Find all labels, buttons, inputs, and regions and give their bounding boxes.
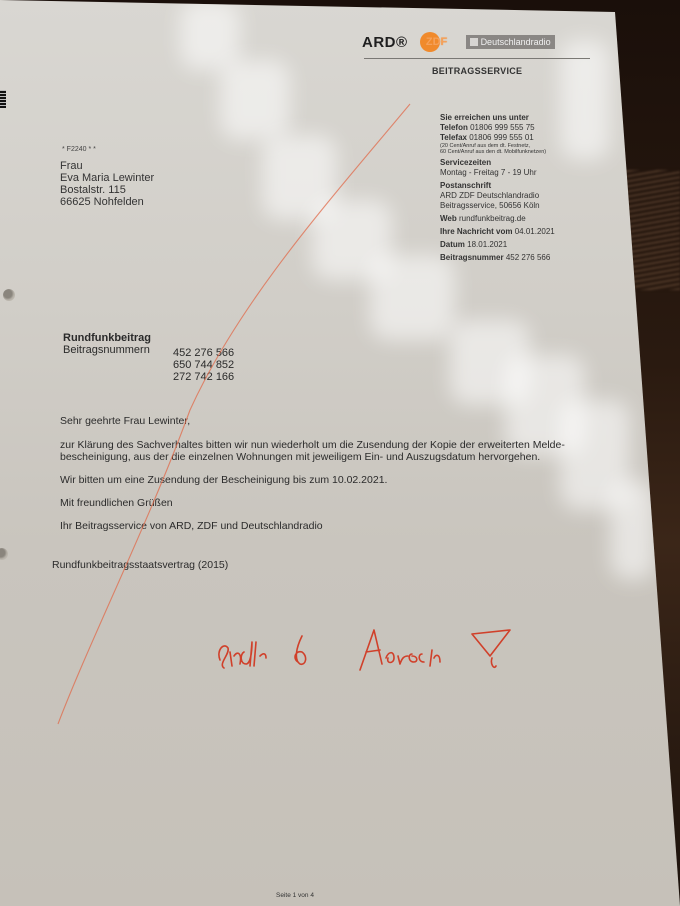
legal-reference: Rundfunkbeitragsstaatsvertrag (2015) [52, 559, 228, 571]
department-name: BEITRAGSSERVICE [432, 66, 522, 76]
web-line: Web rundfunkbeitrag.de [440, 214, 600, 224]
deutschlandradio-logo: Deutschlandradio [466, 35, 555, 49]
paragraph-request: zur Klärung des Sachverhaltes bitten wir… [60, 439, 620, 463]
datum-line: Datum 18.01.2021 [440, 240, 600, 250]
beitragsnummer-item: 452 276 566 [173, 347, 234, 359]
light-patch [370, 255, 455, 340]
postanschrift-label: Postanschrift [440, 181, 600, 191]
servicezeiten-value: Montag - Freitag 7 - 19 Uhr [440, 168, 600, 178]
light-patch [220, 60, 290, 140]
header-divider [364, 58, 590, 59]
zdf-logo: ZDF [420, 32, 454, 52]
signature: Ihr Beitragsservice von ARD, ZDF und Deu… [60, 520, 620, 532]
letter-body: Sehr geehrte Frau Lewinter, zur Klärung … [60, 415, 620, 543]
telefax-line: Telefax 01806 999 555 01 [440, 133, 600, 143]
ard-logo: ARD® [362, 34, 408, 51]
light-patch [180, 0, 240, 70]
letterhead-logos: ARD® ZDF Deutschlandradio [362, 32, 590, 52]
punch-hole [3, 289, 15, 301]
recipient-street: Bostalstr. 115 [60, 184, 154, 196]
telefon-line: Telefon 01806 999 555 75 [440, 123, 600, 133]
nachricht-line: Ihre Nachricht vom 04.01.2021 [440, 227, 600, 237]
beitragsnummer-line: Beitragsnummer 452 276 566 [440, 253, 600, 263]
handwritten-note [210, 612, 540, 682]
recipient-salutation: Frau [60, 160, 154, 172]
beitragsnummer-item: 272 742 166 [173, 371, 234, 383]
postanschrift-line: ARD ZDF Deutschlandradio [440, 191, 600, 201]
recipient-name: Eva Maria Lewinter [60, 172, 154, 184]
salutation: Sehr geehrte Frau Lewinter, [60, 415, 620, 427]
postanschrift-line: Beitragsservice, 50656 Köln [440, 201, 600, 211]
contact-block: Sie erreichen uns unter Telefon 01806 99… [440, 113, 600, 263]
paragraph-deadline: Wir bitten um eine Zusendung der Beschei… [60, 474, 620, 486]
beitragsnummer-item: 650 744 852 [173, 359, 234, 371]
punch-hole [0, 548, 8, 560]
contact-heading: Sie erreichen uns unter [440, 113, 600, 123]
subject-block: Rundfunkbeitrag Beitragsnummern [63, 332, 151, 356]
recipient-address: Frau Eva Maria Lewinter Bostalstr. 115 6… [60, 160, 154, 208]
subject-title: Rundfunkbeitrag [63, 332, 151, 344]
page-number: Seite 1 von 4 [276, 892, 314, 899]
letter-page: ARD® ZDF Deutschlandradio BEITRAGSSERVIC… [0, 0, 680, 906]
sender-code: * F2240 * * [62, 146, 96, 153]
servicezeiten-label: Servicezeiten [440, 158, 600, 168]
subject-label: Beitragsnummern [63, 344, 151, 356]
beitragsnummern-list: 452 276 566 650 744 852 272 742 166 [173, 347, 234, 383]
recipient-city: 66625 Nohfelden [60, 196, 154, 208]
photo-scene: ARD® ZDF Deutschlandradio BEITRAGSSERVIC… [0, 0, 680, 906]
barcode-mark [0, 90, 6, 108]
deutschlandradio-icon [470, 38, 478, 46]
closing: Mit freundlichen Grüßen [60, 497, 620, 509]
